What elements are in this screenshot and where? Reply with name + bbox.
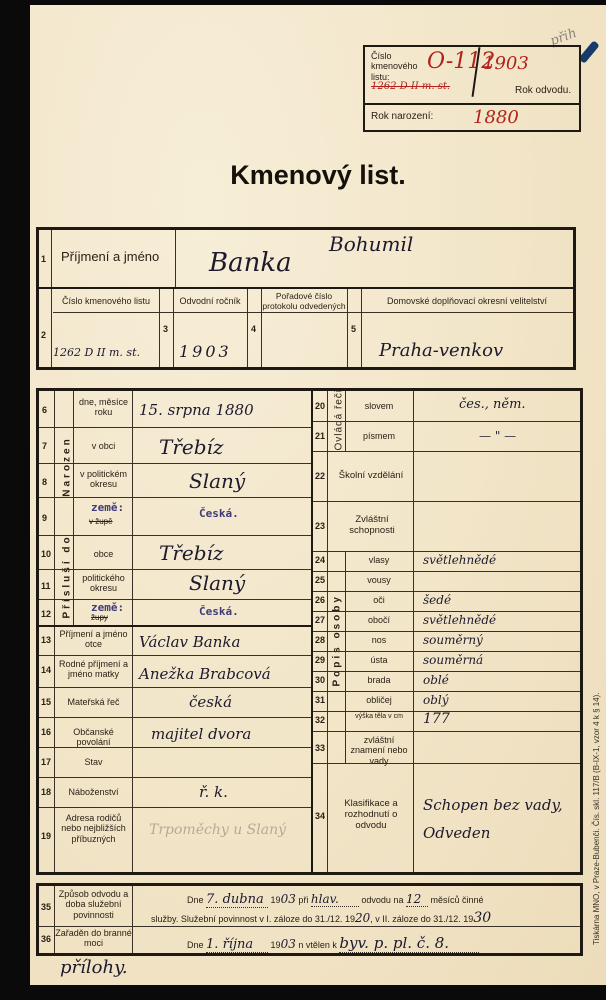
value-obec: Třebíz (159, 435, 223, 459)
struck-number: 1262 D II m. st. (371, 81, 450, 92)
value-pismem: — " — (479, 429, 516, 443)
row-number: 26 (315, 595, 325, 605)
row-divider (313, 691, 580, 692)
row-number: 3 (163, 324, 168, 334)
text-dne: Dne (187, 895, 204, 905)
label-prijmeni-jmeno: Příjmení a jméno (61, 250, 159, 265)
row-divider (39, 287, 573, 289)
header-poradove: Pořadové číslo protokolu odvedených (261, 292, 347, 312)
value-slovem: čes., něm. (459, 397, 526, 412)
row-number: 12 (41, 609, 51, 619)
row-number: 9 (42, 513, 47, 523)
label-oboci: obočí (345, 615, 413, 625)
value-zaloha1: 20 (355, 911, 370, 925)
value-odvod-date: 7. dubna (206, 892, 268, 908)
surname-value: Banka (209, 248, 292, 278)
value-druh-odvodu: hlav. (311, 892, 359, 907)
label-zupy-struck: župy (91, 613, 108, 622)
col-divider (51, 230, 52, 367)
row-divider (39, 687, 311, 688)
rok-odvodu-label: Rok odvodu. (515, 85, 571, 97)
value-prislusny-okres: Slaný (189, 571, 245, 595)
label-prislusny-okres: politického okresu (75, 573, 132, 594)
row-divider (39, 777, 311, 778)
row-divider (313, 501, 580, 502)
value-oci: šedé (423, 593, 451, 607)
value-otec: Václav Banka (139, 633, 240, 651)
row-divider (313, 421, 580, 422)
label-adresa: Adresa rodičů nebo nejbližších příbuznýc… (55, 813, 132, 844)
row-divider (39, 497, 311, 498)
row-number: 35 (41, 902, 51, 912)
row-divider (39, 717, 311, 718)
text-zaloha2: , v II. záloze do 31./12. 19 (370, 914, 473, 924)
value-brada: oblé (423, 673, 449, 687)
label-skolni-vzdelani: Školní vzdělání (329, 471, 413, 482)
group-narozen: Narozen (62, 427, 73, 507)
row-divider (313, 671, 580, 672)
cislo-label: Číslo kmenového listu: (371, 51, 431, 82)
value-materska-rec: česká (189, 693, 232, 711)
group-prislusi: Přísluší do (62, 539, 73, 619)
value-oblicej: oblý (423, 693, 449, 707)
bottom-table: 35 Způsob odvodu a doba služební povinno… (36, 883, 583, 956)
col-divider (247, 289, 248, 367)
value-vlasy: světlehnědé (423, 553, 496, 567)
row-number: 21 (315, 431, 325, 441)
row-number: 17 (41, 757, 51, 767)
label-zpusob-odvodu: Způsob odvodu a doba služební povinnosti (55, 889, 132, 920)
value-zarazeni-year: 03 (281, 937, 296, 951)
row-number: 36 (41, 934, 51, 944)
label-zvlastni-schopnosti: Zvláštní schopnosti (339, 515, 405, 537)
row-divider (313, 731, 580, 732)
label-otec: Příjmení a jméno otce (55, 629, 132, 650)
row-number: 16 (41, 727, 51, 737)
header-cislo: Číslo kmenového listu (53, 296, 159, 306)
row-divider (39, 926, 580, 927)
col-divider (159, 289, 160, 367)
label-vyska: výška těla v cm (345, 713, 413, 721)
row36-line: Dne 1. října 1903 n vtělen k byv. p. pl.… (187, 934, 479, 953)
col-divider (132, 886, 133, 953)
text-dne: Dne (187, 940, 204, 950)
row-number: 2 (41, 330, 46, 340)
row-divider (313, 611, 580, 612)
value-mesicu: 12 (406, 892, 428, 907)
label-prislusna-obec: obce (75, 549, 132, 559)
row-number: 23 (315, 521, 325, 531)
row-divider (313, 451, 580, 452)
ink-mark (578, 40, 600, 64)
row-number: 18 (41, 787, 51, 797)
given-name-value: Bohumil (329, 232, 413, 256)
label-brada: brada (345, 675, 413, 685)
text-mesicu: měsíců činné (430, 895, 483, 905)
row-number: 31 (315, 695, 325, 705)
row-number: 13 (41, 635, 51, 645)
row-number: 30 (315, 675, 325, 685)
text-19: 19 (271, 895, 281, 905)
value-datum: 15. srpna 1880 (139, 401, 254, 419)
label-okres: v politickém okresu (75, 469, 132, 490)
value-zeme: Česká. (199, 507, 239, 520)
row-number: 32 (315, 715, 325, 725)
row-divider (313, 651, 580, 652)
row-number: 29 (315, 655, 325, 665)
row-divider (313, 631, 580, 632)
value-rocnik: 1903 (179, 342, 232, 361)
text-19: 19 (271, 940, 281, 950)
row-divider (39, 463, 311, 464)
header-rocnik: Odvodní ročník (173, 296, 247, 306)
label-oci: oči (345, 595, 413, 605)
row-divider (39, 655, 311, 656)
value-zaloha2: 30 (473, 910, 491, 926)
label-vlasy: vlasy (345, 555, 413, 565)
row-number: 20 (315, 401, 325, 411)
value-adresa: Trpoměchy u Slaný (149, 819, 289, 841)
row-divider (39, 569, 311, 570)
footer-note: přílohy. (60, 957, 128, 978)
row-number: 34 (315, 811, 325, 821)
col-divider (347, 289, 348, 367)
divider (365, 103, 579, 105)
label-slovem: slovem (345, 401, 413, 411)
row-number: 6 (42, 405, 47, 415)
row-number: 28 (315, 635, 325, 645)
rok-odvodu-value: 1903 (483, 53, 529, 74)
value-zarazeni-date: 1. října (206, 937, 268, 953)
value-prislusna-obec: Třebíz (159, 541, 223, 565)
printer-imprint: Tiskárna MNO, v Praze-Bubenči. Čís. skl.… (592, 645, 601, 945)
value-usta: souměrná (423, 653, 483, 667)
value-vyska: 177 (423, 711, 450, 727)
label-nos: nos (345, 635, 413, 645)
value-cislo: 1262 D II m. st. (53, 346, 140, 359)
text-pri: při (298, 895, 308, 905)
value-nos: souměrný (423, 633, 483, 647)
row-number: 19 (41, 831, 51, 841)
label-klasifikace: Klasifikace a rozhodnutí o odvodu (329, 799, 413, 832)
text-vtelen: n vtělen k (298, 940, 337, 950)
row-number: 8 (42, 477, 47, 487)
row-divider (39, 599, 311, 600)
value-zeme: Česká. (199, 605, 239, 618)
value-odvod-year: 03 (281, 892, 296, 906)
row-number: 24 (315, 555, 325, 565)
value-okres: Slaný (189, 469, 245, 493)
row-divider (313, 551, 580, 552)
row-number: 15 (41, 697, 51, 707)
label-stav: Stav (55, 757, 132, 767)
text-sluzby: služby. Služební povinnost v I. záloze d… (151, 914, 355, 924)
label-obec: v obci (75, 441, 132, 451)
header-domovske: Domovské doplňovací okresní velitelství (361, 296, 573, 306)
col-divider (175, 230, 176, 287)
row35-line2: služby. Služební povinnost v I. záloze d… (151, 910, 491, 926)
row-divider (39, 427, 311, 428)
label-pismem: písmem (345, 431, 413, 441)
label-povolani: Občanské povolání (55, 727, 132, 748)
value-povolani: majitel dvora (151, 725, 251, 743)
row-divider (53, 312, 573, 313)
row-number: 33 (315, 743, 325, 753)
value-domovske: Praha-venkov (379, 340, 503, 361)
row-number: 22 (315, 471, 325, 481)
top-table: 1 Příjmení a jméno Banka Bohumil 2 Číslo… (36, 227, 576, 370)
label-materska-rec: Mateřská řeč (55, 697, 132, 707)
row-number: 5 (351, 324, 356, 334)
row-number: 4 (251, 324, 256, 334)
page-title: Kmenový list. (30, 160, 606, 191)
row-number: 14 (41, 665, 51, 675)
label-zupe-struck: v župě (89, 517, 113, 526)
value-matka: Anežka Brabcová (139, 665, 271, 683)
rok-narozeni-value: 1880 (473, 107, 519, 128)
row35-line1: Dne 7. dubna 1903 při hlav. odvodu na 12… (187, 892, 484, 908)
header-box: Číslo kmenového listu: O-112 1903 1262 D… (363, 45, 581, 132)
row-divider (313, 591, 580, 592)
label-oblicej: obličej (345, 695, 413, 705)
row-divider (39, 535, 311, 536)
document-page: přih Číslo kmenového listu: O-112 1903 1… (30, 5, 606, 985)
value-klasifikace: Schopen bez vady, Odveden (423, 791, 573, 847)
value-nabozenstvi: ř. k. (199, 783, 228, 801)
value-oboci: světlehnědé (423, 613, 496, 627)
label-zaradien: Zařaděn do branné moci (55, 928, 132, 949)
main-table: Narozen Přísluší do 6 dne, měsíce roku 1… (36, 388, 583, 875)
label-vousy: vousy (345, 575, 413, 585)
value-utvar: byv. p. pl. č. 8. (339, 934, 479, 953)
row-number: 10 (41, 549, 51, 559)
label-zeme-stamp: země: (91, 501, 124, 514)
row-number: 25 (315, 575, 325, 585)
rok-narozeni-label: Rok narození: (371, 111, 433, 123)
row-number: 1 (41, 254, 46, 264)
label-nabozenstvi: Náboženství (55, 787, 132, 797)
group-popis: Popis osoby (332, 607, 343, 687)
row-number: 7 (42, 441, 47, 451)
label-zvlastni-znameni: zvláštní znamení nebo vady (349, 735, 409, 766)
row-divider (313, 571, 580, 572)
label-datum: dne, měsíce roku (75, 397, 132, 418)
row-number: 11 (41, 581, 51, 591)
row-number: 27 (315, 615, 325, 625)
row-divider (39, 625, 311, 627)
label-matka: Rodné příjmení a jméno matky (55, 659, 132, 680)
row-divider (39, 807, 311, 808)
text-odvodu: odvodu na (361, 895, 403, 905)
label-usta: ústa (345, 655, 413, 665)
